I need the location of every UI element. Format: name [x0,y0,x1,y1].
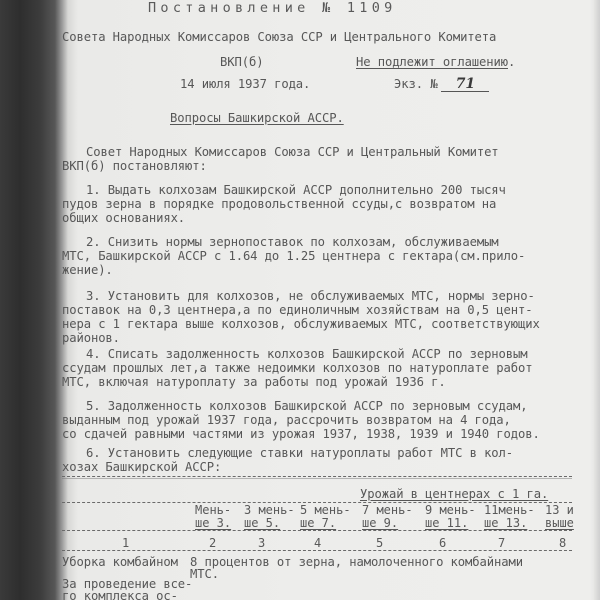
item-5-line-1: 5. Задолженность колхозов Башкирской АСС… [86,400,528,413]
column-number-3: 3 [258,536,265,550]
item-5-line-3: со сдачей равными частями из урожая 1937… [62,428,540,441]
table-rule-top-2 [62,478,572,479]
document-page: Постановление № 1109 Совета Народных Ком… [0,0,600,600]
row-2-label-line-2: го комплекса ос- [62,590,178,600]
copy-number-field: Экз. №71 [394,78,489,92]
column-number-7: 7 [498,536,505,550]
item-2-line-1: 2. Снизить нормы зернопоставок по колхоз… [86,236,499,249]
page-right-edge [594,0,600,600]
column-number-1: 1 [122,536,129,550]
column-number-8: 8 [559,536,566,550]
column-header-bottom-5: ше 9. [362,517,398,530]
table-rule-top [62,476,572,477]
column-number-6: 6 [439,536,446,550]
column-number-2: 2 [209,536,216,550]
restriction-text: Не подлежит оглашению [356,55,508,69]
restriction-dot: . [508,55,515,69]
copy-label: Экз. № [394,77,437,91]
item-4-line-2: ссудам прошлых лет,а также недоимки колх… [62,362,532,375]
column-header-bottom-6: ше 11. [425,517,468,530]
document-subject: Вопросы Башкирской АССР. [170,112,344,125]
table-rule-numbers [62,550,572,551]
column-header-bottom-2: ше 3. [195,517,231,530]
row-1-label: Уборка комбайном [62,556,178,569]
item-5-line-2: выданным под урожай 1937 года, рассрочит… [62,414,511,427]
table-group-header: Урожай в центнерах с 1 га. [360,488,548,501]
item-2-line-2: МТС, Башкирской АССР с 1.64 до 1.25 цент… [62,250,525,263]
item-4-line-3: МТС, включая натуроплату за работы под у… [62,376,446,389]
item-2-line-3: жение). [62,264,113,277]
column-header-bottom-3: ше 5. [244,517,280,530]
preamble-line-1: Совет Народных Комиссаров Союза ССР и Це… [86,146,499,159]
copy-number: 71 [456,76,475,92]
column-number-4: 4 [314,536,321,550]
row-1-value-line-1: 8 процентов от зерна, намолоченного комб… [190,556,523,569]
column-header-bottom-7: ше 13. [484,517,527,530]
item-3-line-1: 3. Установить для колхозов, не обслужива… [86,290,535,303]
item-3-line-3: нера с 1 гектара выше колхозов, обслужив… [62,318,540,331]
column-number-5: 5 [376,536,383,550]
item-1-line-1: 1. Выдать колхозам Башкирской АССР допол… [86,184,506,197]
item-1-line-2: пудов зерна в порядке продовольственной … [62,198,496,211]
document-date: 14 июля 1937 года. [180,78,310,91]
preamble-line-2: ВКП(б) постановляют: [62,160,207,173]
document-title: Постановление № 1109 [148,2,397,15]
item-4-line-1: 4. Списать задолженность колхозов Башкир… [86,348,528,361]
column-header-bottom-8: выше [545,517,574,530]
column-header-bottom-4: ше 7. [300,517,336,530]
item-1-line-3: общих основаниях. [62,212,185,225]
restriction-notice: Не подлежит оглашению. [356,56,515,69]
item-3-line-2: поставок на 0,3 центнера,а по единоличны… [62,304,532,317]
issuer-line-1: Совета Народных Комиссаров Союза ССР и Ц… [62,31,496,44]
issuer-line-2: ВКП(б) [220,56,263,69]
table-rule-subheader [62,530,572,531]
item-3-line-4: районов. [62,332,120,345]
row-1-value-line-2: МТС. [190,568,219,581]
item-6-line-2: хозах Башкирской АССР: [62,461,221,474]
item-6-line-1: 6. Установить следующие ставки натуропла… [86,447,513,460]
